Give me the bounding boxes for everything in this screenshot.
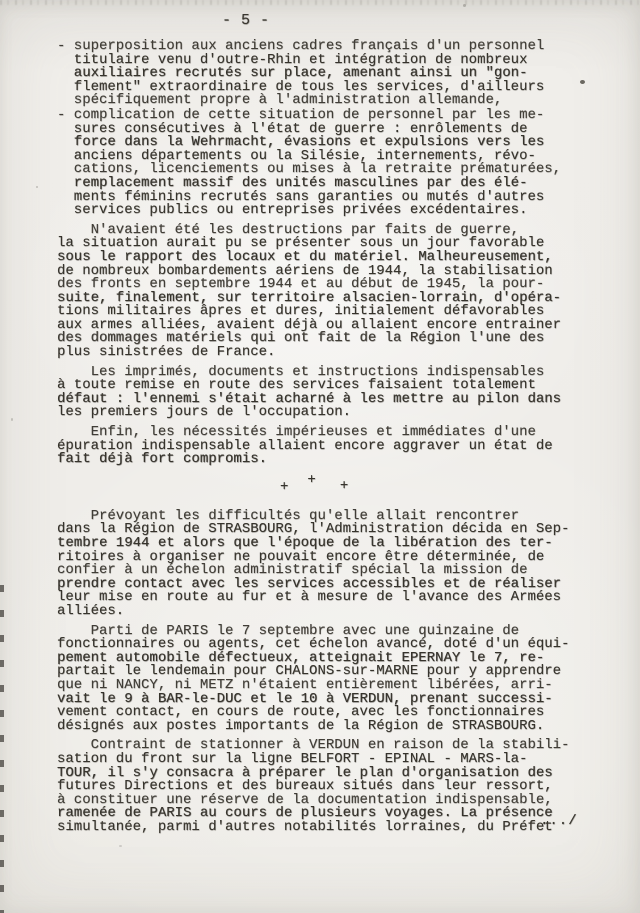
text-line: services publics ou entreprises privées …	[57, 204, 640, 218]
continuation-mark: .../	[540, 813, 578, 829]
text-line: - superposition aux anciens cadres franç…	[57, 40, 640, 54]
text-line: Parti de PARIS le 7 septembre avec une q…	[57, 625, 640, 639]
text-line: alliées.	[57, 605, 640, 619]
page-number: - 5 -	[222, 13, 270, 28]
para-prevoyant: Prévoyant les difficultés qu'elle allait…	[57, 510, 640, 619]
text-line: leur mise en route au fur et à mesure de…	[57, 591, 640, 605]
bullet-complication: - complication de cette situation de per…	[57, 109, 640, 218]
scanned-document-page: - 5 - - superposition aux anciens cadres…	[0, 0, 640, 913]
text-line: des fronts en septembre 1944 et au début…	[57, 278, 640, 292]
document-text: - superposition aux anciens cadres franç…	[0, 40, 640, 834]
text-line: Les imprimés, documents et instructions …	[57, 366, 640, 380]
text-line: confier à un échelon administratif spéci…	[57, 564, 640, 578]
ink-speck	[463, 4, 466, 7]
text-line: Enfin, les nécessités impérieuses et imm…	[57, 426, 640, 440]
text-line: cations, licenciements ou mises à la ret…	[57, 163, 640, 177]
text-line: à constituer une réserve de la documenta…	[57, 794, 640, 808]
ink-speck	[36, 186, 38, 188]
text-line: des dommages matériels qui ont fait de l…	[57, 332, 640, 346]
text-line: désignés aux postes importants de la Rég…	[57, 720, 640, 734]
para-epuration: Enfin, les nécessités impérieuses et imm…	[57, 426, 640, 467]
section-separator: +++	[57, 477, 640, 497]
text-line: N'avaient été les destructions par faits…	[57, 224, 640, 238]
text-line: plus sinistrées de France.	[57, 346, 640, 360]
text-line: les premiers jours de l'occupation.	[57, 406, 640, 420]
para-destructions: N'avaient été les destructions par faits…	[57, 224, 640, 360]
ink-speck	[11, 418, 13, 421]
ink-speck	[580, 80, 585, 84]
separator-plus: +	[280, 481, 288, 495]
bullet-superposition: - superposition aux anciens cadres franç…	[57, 40, 640, 108]
text-line: - complication de cette situation de per…	[57, 109, 640, 123]
text-line: spécifiquement propre à l'administration…	[57, 94, 640, 108]
ink-speck	[119, 845, 122, 847]
separator-plus: +	[340, 480, 348, 494]
text-line: fait déjà fort compromis.	[57, 453, 640, 467]
separator-plus: +	[307, 474, 315, 488]
text-line: Prévoyant les difficultés qu'elle allait…	[57, 510, 640, 524]
para-imprimes: Les imprimés, documents et instructions …	[57, 366, 640, 420]
text-line: que ni NANCY, ni METZ n'étaient entièrem…	[57, 679, 640, 693]
text-line: Contraint de stationner à VERDUN en rais…	[57, 739, 640, 753]
para-parti-de-paris: Parti de PARIS le 7 septembre avec une q…	[57, 625, 640, 734]
